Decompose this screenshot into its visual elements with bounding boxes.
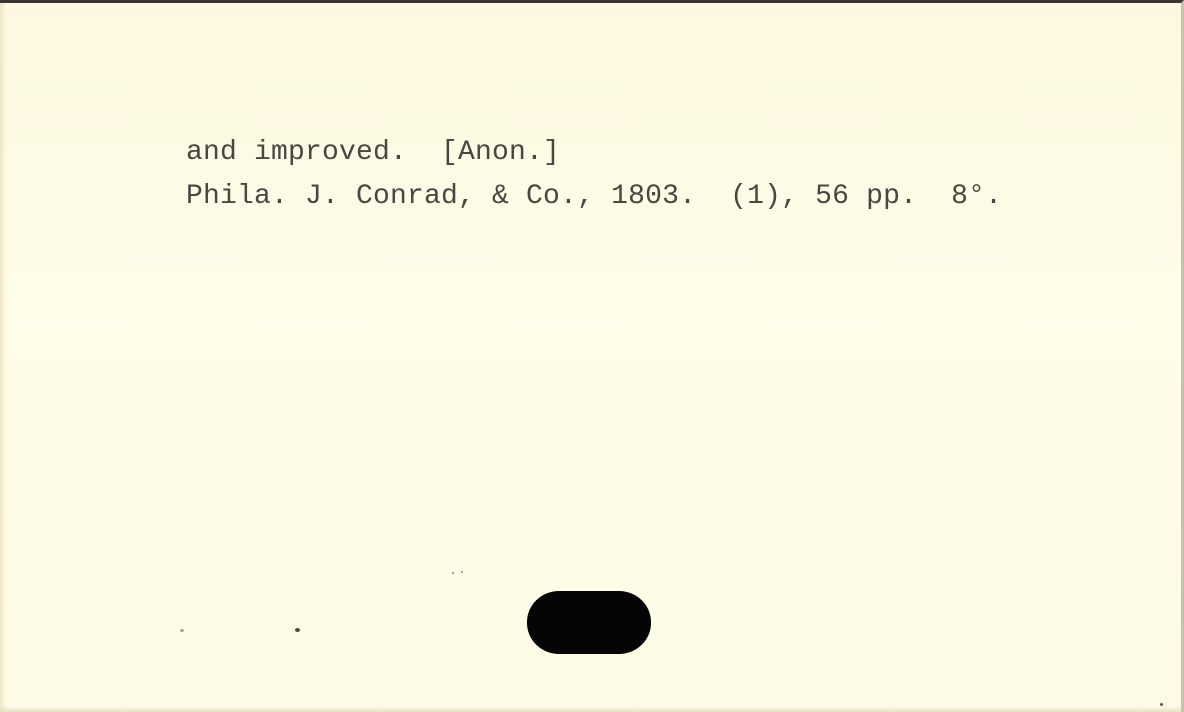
paper-speck [180, 629, 184, 632]
card-text-line-2: Phila. J. Conrad, & Co., 1803. (1), 56 p… [186, 181, 1002, 212]
paper-speck [461, 571, 463, 573]
paper-speck [452, 572, 454, 574]
paper-speck [295, 628, 300, 632]
catalog-card: and improved. [Anon.] Phila. J. Conrad, … [0, 0, 1184, 712]
paper-speck [1160, 703, 1163, 706]
card-text-line-1: and improved. [Anon.] [186, 137, 560, 168]
punch-hole [527, 591, 651, 654]
